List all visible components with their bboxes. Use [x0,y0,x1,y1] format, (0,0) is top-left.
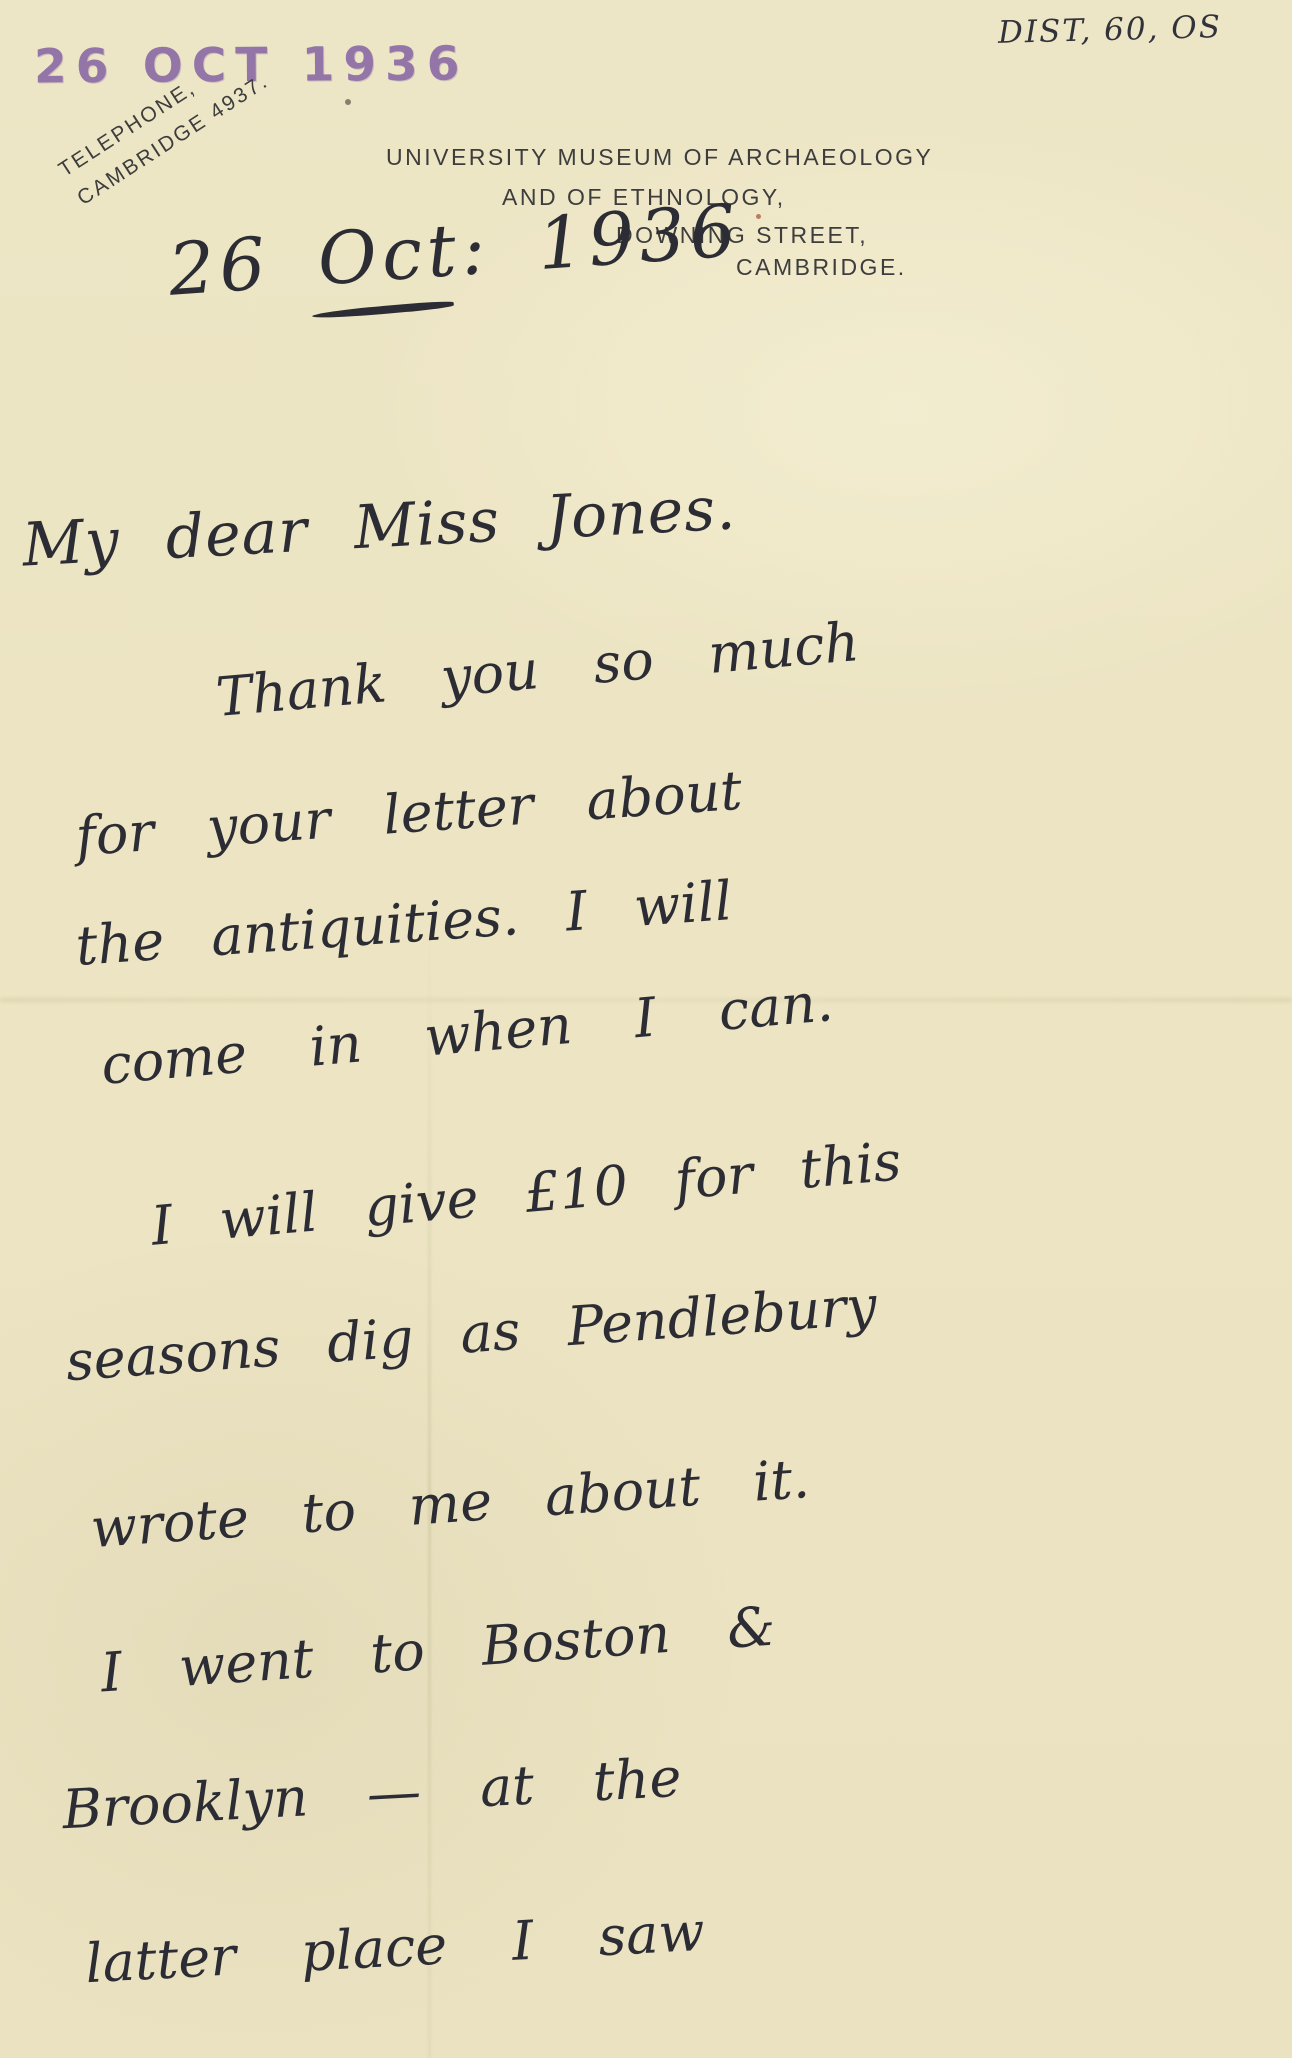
body-line: I will give £10 for this [149,1129,904,1257]
body-line: the antiquities. I will [74,869,734,978]
letter-page: 26 OCT 1936 DIST, 60, OS TELEPHONE, CAMB… [0,0,1292,2058]
body-line: for your letter about [74,759,744,868]
letterhead-institution-line-4: CAMBRIDGE. [736,254,907,281]
salutation: My dear Miss Jones. [21,473,738,580]
archive-annotation: DIST, 60, OS [998,9,1223,51]
body-line: wrote to me about it. [89,1447,812,1560]
body-line: I went to Boston & [99,1595,778,1705]
paper-speck [756,214,761,219]
letterhead-institution-line-1: UNIVERSITY MUSEUM OF ARCHAEOLOGY [386,144,933,171]
body-line: seasons dig as Pendlebury [64,1274,879,1394]
body-line: Brooklyn — at the [61,1746,683,1841]
handwritten-date: 26 Oct: 1936 [166,188,744,312]
body-line: Thank you so much [213,610,861,729]
date-underline-dash [312,300,454,320]
body-line: come in when I can. [99,970,836,1097]
body-line: latter place I saw [84,1900,706,1995]
paper-speck [345,99,351,105]
